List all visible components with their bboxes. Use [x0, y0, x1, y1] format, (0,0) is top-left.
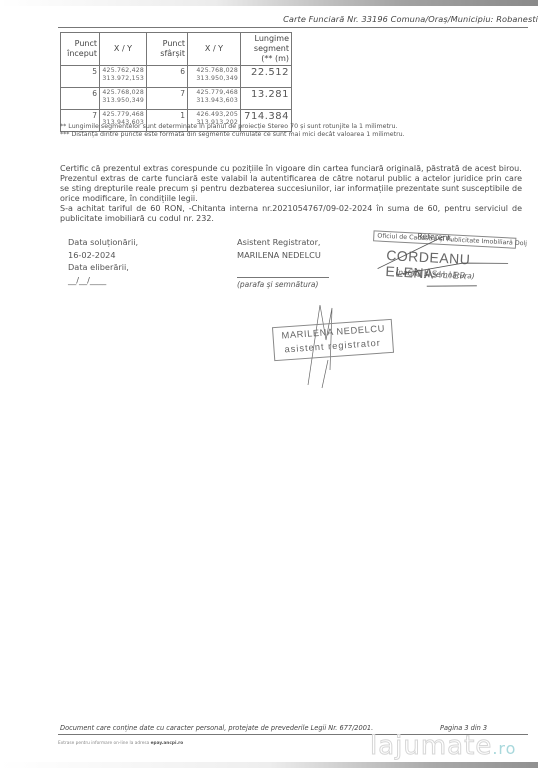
start-coords: 425.768,028313.950,349 [100, 88, 147, 110]
start-point: 5 [61, 66, 100, 88]
certification-paragraph: Certific că prezentul extras corespunde … [60, 164, 522, 174]
table-row: 6 425.768,028313.950,349 7 425.779,46831… [61, 88, 292, 110]
dates-block: Data soluționării, 16-02-2024 Data elibe… [68, 236, 138, 286]
segment-length: 22.512 [241, 66, 292, 88]
validity-paragraph: Prezentul extras de carte funciară este … [60, 174, 522, 204]
stamp-role: asistent registrator [284, 338, 381, 355]
segments-table: Punct început X / Y Punct sfârșit X / Y … [60, 32, 292, 132]
note-length-rounding: ** Lungimile segmentelor sunt determinat… [60, 123, 405, 131]
assistant-label: Asistent Registrator, [237, 236, 329, 249]
end-coords: 425.779,468313.943,603 [188, 88, 241, 110]
signature-line [237, 277, 329, 278]
watermark-logo: lajumate.ro [370, 731, 516, 761]
scan-edge-bottom [0, 762, 538, 768]
start-coords: 425.762,428313.972,153 [100, 66, 147, 88]
start-point: 6 [61, 88, 100, 110]
assistant-caption: (parafa și semnătura) [237, 279, 329, 292]
date-solution-label: Data soluționării, [68, 236, 138, 249]
end-point: 7 [147, 88, 188, 110]
table-header-row: Punct început X / Y Punct sfârșit X / Y … [61, 33, 292, 66]
date-issue-value: __/__/____ [68, 274, 138, 287]
signature-scribble-icon [366, 228, 519, 306]
date-solution-value: 16-02-2024 [68, 249, 138, 262]
date-issue-label: Data eliberării, [68, 261, 138, 274]
col-end-point: Punct sfârșit [147, 33, 188, 66]
assistant-signature-block: Asistent Registrator, MARILENA NEDELCU (… [237, 236, 329, 292]
table-notes: ** Lungimile segmentelor sunt determinat… [60, 123, 405, 139]
col-end-xy: X / Y [188, 33, 241, 66]
epay-link[interactable]: epay.ancpi.ro [151, 741, 184, 746]
document-header: Carte Funciară Nr. 33196 Comuna/Oraș/Mun… [58, 14, 538, 24]
col-start-point: Punct început [61, 33, 100, 66]
certification-text: Certific că prezentul extras corespunde … [60, 164, 522, 224]
assistant-stamp: MARILENA NEDELCU asistent registrator [272, 319, 394, 361]
footer-legal: Document care conține date cu caracter p… [60, 724, 373, 732]
end-coords: 425.768,028313.950,349 [188, 66, 241, 88]
header-divider [58, 27, 528, 28]
col-segment-length: Lungime segment (** (m) [241, 33, 292, 66]
referent-stamp: Oficiul de Cadastru și Publicitate Imobi… [366, 228, 519, 298]
assistant-name: MARILENA NEDELCU [237, 249, 329, 262]
end-point: 6 [147, 66, 188, 88]
table-row: 5 425.762,428313.972,153 6 425.768,02831… [61, 66, 292, 88]
payment-paragraph: S-a achitat tariful de 60 RON, -Chitanta… [60, 204, 522, 224]
col-start-xy: X / Y [100, 33, 147, 66]
scan-edge-top [0, 0, 538, 6]
segment-length: 13.281 [241, 88, 292, 110]
footer-online-note: Extrase pentru informare on-line la adre… [58, 741, 183, 746]
note-distance: *** Distanța dintre puncte este formată … [60, 131, 405, 139]
